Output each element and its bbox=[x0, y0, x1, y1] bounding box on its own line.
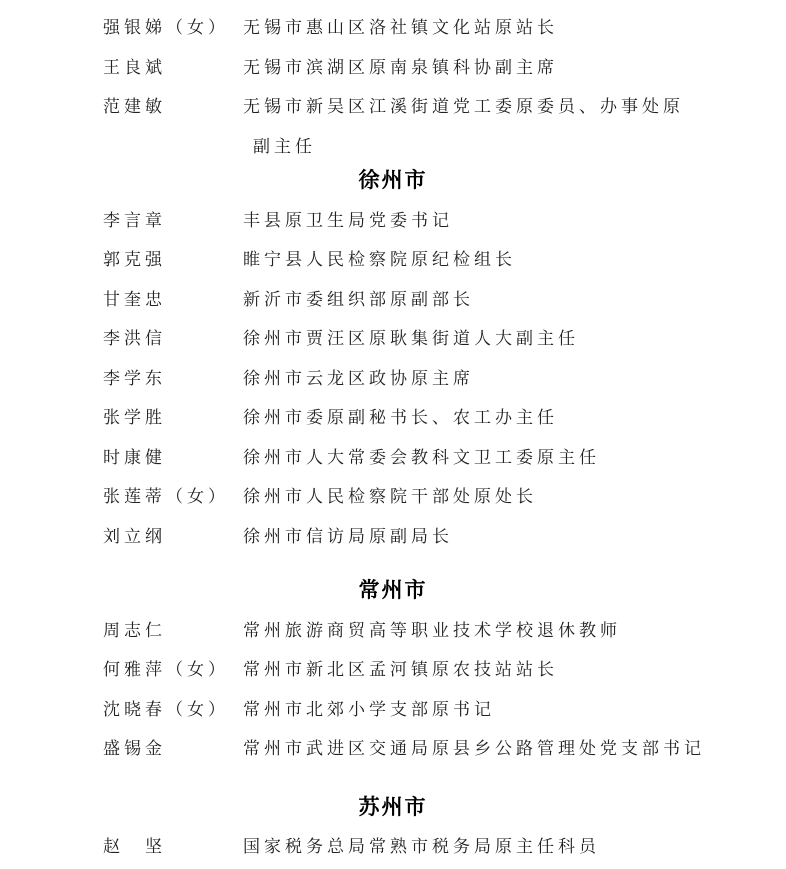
entry-description: 徐州市人大常委会教科文卫工委原主任 bbox=[243, 438, 753, 478]
entry-row: 周志仁常州旅游商贸高等职业技术学校退休教师 bbox=[0, 611, 786, 651]
entry-name: 盛锡金 bbox=[103, 729, 243, 769]
entry-name: 刘立纲 bbox=[103, 517, 243, 557]
entry-name: 王良斌 bbox=[103, 48, 243, 88]
entry-description: 常州旅游商贸高等职业技术学校退休教师 bbox=[243, 611, 753, 651]
section: 常州市周志仁常州旅游商贸高等职业技术学校退休教师何雅萍（女）常州市新北区孟河镇原… bbox=[0, 571, 786, 769]
section: 徐州市李言章丰县原卫生局党委书记郭克强睢宁县人民检察院原纪检组长甘奎忠新沂市委组… bbox=[0, 161, 786, 556]
entry-description: 徐州市委原副秘书长、农工办主任 bbox=[243, 398, 753, 438]
entry-description: 睢宁县人民检察院原纪检组长 bbox=[243, 240, 753, 280]
entry-row: 李言章丰县原卫生局党委书记 bbox=[0, 201, 786, 241]
entry-row: 强银娣（女）无锡市惠山区洛社镇文化站原站长 bbox=[0, 8, 786, 48]
entry-name: 何雅萍（女） bbox=[103, 650, 243, 690]
entry-row: 何雅萍（女）常州市新北区孟河镇原农技站站长 bbox=[0, 650, 786, 690]
entry-description: 丰县原卫生局党委书记 bbox=[243, 201, 753, 241]
entry-name: 张学胜 bbox=[103, 398, 243, 438]
entry-description: 徐州市云龙区政协原主席 bbox=[243, 359, 753, 399]
section-header: 徐州市 bbox=[0, 161, 786, 201]
section: 苏州市赵 坚国家税务总局常熟市税务局原主任科员 bbox=[0, 788, 786, 867]
entry-name: 李言章 bbox=[103, 201, 243, 241]
entry-description: 常州市新北区孟河镇原农技站站长 bbox=[243, 650, 753, 690]
entry-description: 常州市北郊小学支部原书记 bbox=[243, 690, 753, 730]
entry-row: 盛锡金常州市武进区交通局原县乡公路管理处党支部书记 bbox=[0, 729, 786, 769]
entry-description: 新沂市委组织部原副部长 bbox=[243, 280, 753, 320]
entry-description: 常州市武进区交通局原县乡公路管理处党支部书记 bbox=[243, 729, 753, 769]
entry-description: 徐州市人民检察院干部处原处长 bbox=[243, 477, 753, 517]
entry-row: 李洪信徐州市贾汪区原耿集街道人大副主任 bbox=[0, 319, 786, 359]
entry-description: 徐州市贾汪区原耿集街道人大副主任 bbox=[243, 319, 753, 359]
entry-description: 国家税务总局常熟市税务局原主任科员 bbox=[243, 827, 753, 867]
section-header: 苏州市 bbox=[0, 788, 786, 828]
entry-name: 赵 坚 bbox=[103, 827, 243, 867]
entry-name: 郭克强 bbox=[103, 240, 243, 280]
entry-row: 郭克强睢宁县人民检察院原纪检组长 bbox=[0, 240, 786, 280]
entry-name: 张莲蒂（女） bbox=[103, 477, 243, 517]
entry-row: 赵 坚国家税务总局常熟市税务局原主任科员 bbox=[0, 827, 786, 867]
entry-name: 沈晓春（女） bbox=[103, 690, 243, 730]
section-header: 常州市 bbox=[0, 571, 786, 611]
entry-name: 范建敏 bbox=[103, 87, 243, 127]
entry-row: 王良斌无锡市滨湖区原南泉镇科协副主席 bbox=[0, 48, 786, 88]
entry-row: 沈晓春（女）常州市北郊小学支部原书记 bbox=[0, 690, 786, 730]
entry-name: 李学东 bbox=[103, 359, 243, 399]
entry-row: 张学胜徐州市委原副秘书长、农工办主任 bbox=[0, 398, 786, 438]
section: 强银娣（女）无锡市惠山区洛社镇文化站原站长王良斌无锡市滨湖区原南泉镇科协副主席范… bbox=[0, 8, 786, 166]
entry-row: 甘奎忠新沂市委组织部原副部长 bbox=[0, 280, 786, 320]
name-list: 强银娣（女）无锡市惠山区洛社镇文化站原站长王良斌无锡市滨湖区原南泉镇科协副主席范… bbox=[0, 8, 786, 867]
entry-row: 时康健徐州市人大常委会教科文卫工委原主任 bbox=[0, 438, 786, 478]
entry-description: 无锡市新吴区江溪街道党工委原委员、办事处原 副主任 bbox=[243, 87, 753, 166]
entry-name: 强银娣（女） bbox=[103, 8, 243, 48]
entry-name: 甘奎忠 bbox=[103, 280, 243, 320]
entry-description: 无锡市滨湖区原南泉镇科协副主席 bbox=[243, 48, 753, 88]
entry-description: 徐州市信访局原副局长 bbox=[243, 517, 753, 557]
entry-row: 张莲蒂（女）徐州市人民检察院干部处原处长 bbox=[0, 477, 786, 517]
entry-name: 时康健 bbox=[103, 438, 243, 478]
entry-row: 刘立纲徐州市信访局原副局长 bbox=[0, 517, 786, 557]
entry-name: 李洪信 bbox=[103, 319, 243, 359]
document-page: 强银娣（女）无锡市惠山区洛社镇文化站原站长王良斌无锡市滨湖区原南泉镇科协副主席范… bbox=[0, 0, 786, 869]
entry-row: 范建敏无锡市新吴区江溪街道党工委原委员、办事处原 副主任 bbox=[0, 87, 786, 166]
entry-name: 周志仁 bbox=[103, 611, 243, 651]
entry-row: 李学东徐州市云龙区政协原主席 bbox=[0, 359, 786, 399]
entry-description: 无锡市惠山区洛社镇文化站原站长 bbox=[243, 8, 753, 48]
